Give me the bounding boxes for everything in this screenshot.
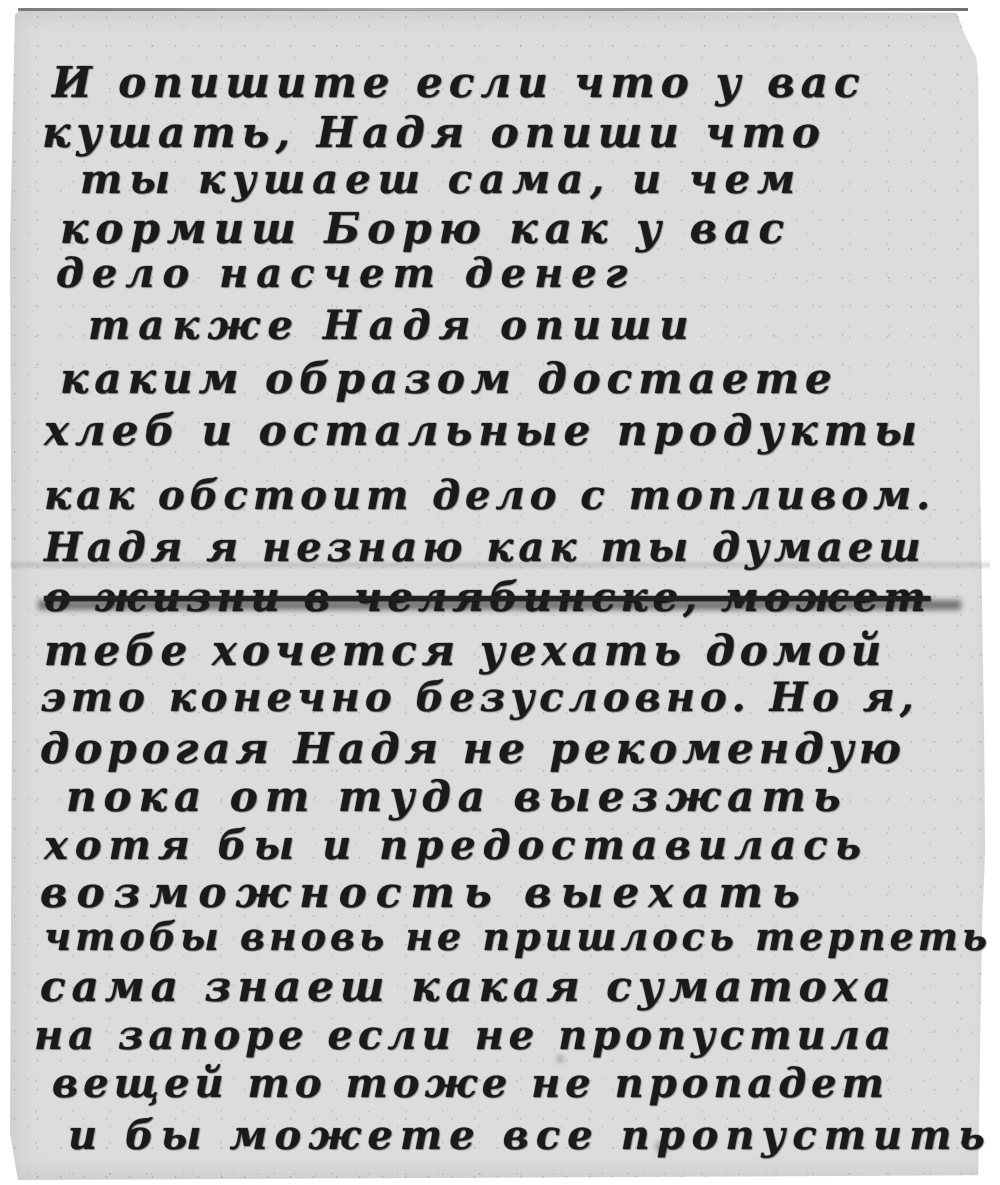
letter-line-11-struck: о жизни в челябинске, может (44, 578, 931, 618)
letter-line-9: как обстоит дело с топливом. (44, 476, 935, 516)
letter-line-12: тебе хочется уехать домой (44, 630, 886, 672)
letter-line-4: кормиш Борю как у вас (60, 208, 791, 250)
letter-line-15: пока от туда выезжать (66, 776, 848, 818)
letter-line-16: хотя бы и предоставилась (44, 826, 868, 866)
letter-line-22: и бы можете все пропустить (68, 1116, 992, 1156)
letter-line-13: это конечно безусловно. Но я, (40, 678, 919, 718)
letter-line-20: на запоре если не пропустила (34, 1016, 896, 1056)
letter-line-5: дело насчет денег (56, 254, 635, 294)
letter-line-19: сама знаеш какая суматоха (40, 966, 897, 1008)
letter-line-14: дорогая Надя не рекомендую (40, 728, 906, 770)
letter-line-17: возможность выехать (40, 872, 809, 914)
letter-body: И опишите если что у вас кушать, Надя оп… (0, 0, 1000, 1185)
letter-line-10: Надя я незнаю как ты думаеш (44, 528, 926, 568)
letter-line-7: каким образом достаете (60, 358, 838, 400)
letter-line-21: вещей то тоже не пропадет (52, 1064, 889, 1104)
letter-line-8: хлеб и остальные продукты (44, 410, 923, 452)
letter-line-6: также Надя опиши (88, 306, 696, 346)
letter-line-3: ты кушаеш сама, и чем (80, 160, 802, 200)
letter-line-18: чтобы вновь не пришлось терпеть (44, 918, 991, 956)
letter-line-1: И опишите если что у вас (52, 62, 866, 104)
letter-line-2: кушать, Надя опиши что (42, 112, 826, 154)
